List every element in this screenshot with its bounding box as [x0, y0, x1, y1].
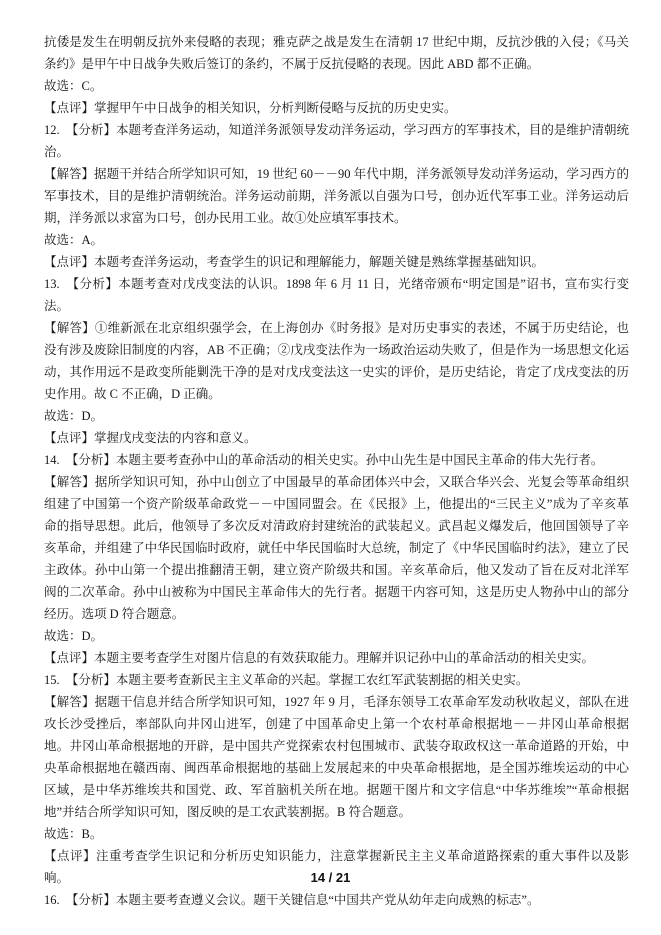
- para-q15-choice: 故选：B。: [44, 823, 629, 845]
- para-q11-choice: 故选：C。: [44, 75, 629, 97]
- page-number: 14 / 21: [0, 870, 661, 885]
- para-q16-analysis: 16. 【分析】本题主要考查遵义会议。题干关键信息“中国共产党从幼年走向成熟的标…: [44, 889, 629, 911]
- para-q13-analysis: 13. 【分析】本题考查对戊戌变法的认识。1898 年 6 月 11 日，光绪帝…: [44, 273, 629, 317]
- para-q14-answer: 【解答】据所学知识可知，孙中山创立了中国最早的革命团体兴中会，又联合华兴会、光复…: [44, 471, 629, 625]
- para-q11-answer-tail: 抗倭是发生在明朝反抗外来侵略的表现；雅克萨之战是发生在清朝 17 世纪中期，反抗…: [44, 31, 629, 75]
- para-q12-choice: 故选：A。: [44, 229, 629, 251]
- document-body: 抗倭是发生在明朝反抗外来侵略的表现；雅克萨之战是发生在清朝 17 世纪中期，反抗…: [44, 31, 629, 911]
- para-q14-analysis: 14. 【分析】本题主要考查孙中山的革命活动的相关史实。孙中山先生是中国民主革命…: [44, 449, 629, 471]
- para-q11-comment: 【点评】掌握甲午中日战争的相关知识，分析判断侵略与反抗的历史史实。: [44, 97, 629, 119]
- para-q12-comment: 【点评】本题考查洋务运动，考查学生的识记和理解能力，解题关键是熟练掌握基础知识。: [44, 251, 629, 273]
- para-q15-analysis: 15. 【分析】本题主要考查新民主主义革命的兴起。掌握工农红军武装割据的相关史实…: [44, 669, 629, 691]
- para-q14-choice: 故选：D。: [44, 625, 629, 647]
- para-q12-analysis: 12. 【分析】本题考查洋务运动，知道洋务派领导发动洋务运动，学习西方的军事技术…: [44, 119, 629, 163]
- para-q13-answer: 【解答】①维新派在北京组织强学会，在上海创办《时务报》是对历史事实的表述，不属于…: [44, 317, 629, 405]
- para-q12-answer: 【解答】据题干并结合所学知识可知，19 世纪 60－－90 年代中期，洋务派领导…: [44, 163, 629, 229]
- para-q15-answer: 【解答】据题干信息并结合所学知识可知，1927 年 9 月，毛泽东领导工农革命军…: [44, 691, 629, 823]
- para-q14-comment: 【点评】本题主要考查学生对图片信息的有效获取能力。理解并识记孙中山的革命活动的相…: [44, 647, 629, 669]
- para-q13-choice: 故选：D。: [44, 405, 629, 427]
- para-q13-comment: 【点评】掌握戊戌变法的内容和意义。: [44, 427, 629, 449]
